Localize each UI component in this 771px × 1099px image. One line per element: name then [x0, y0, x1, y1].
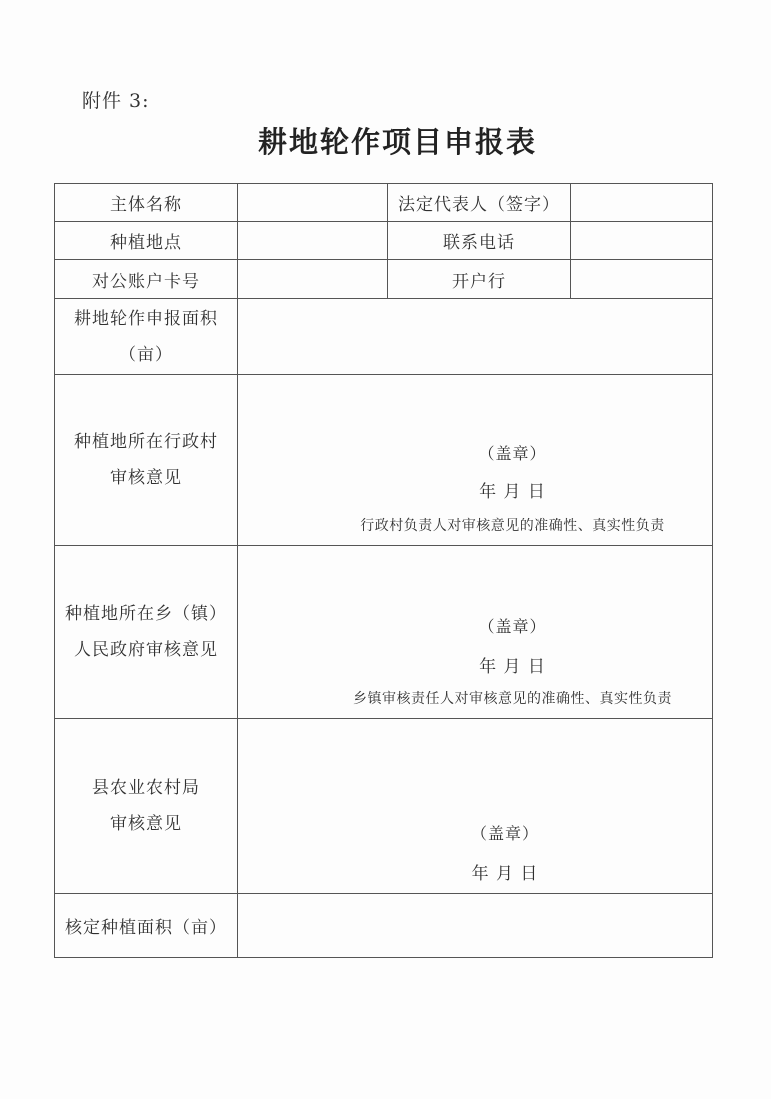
- village-opinion-label-line1: 种植地所在行政村: [55, 424, 237, 460]
- village-opinion-label: 种植地所在行政村 审核意见: [55, 375, 238, 546]
- planting-location-label: 种植地点: [55, 222, 238, 260]
- phone-field[interactable]: [571, 222, 713, 260]
- township-opinion-label-line1: 种植地所在乡（镇）: [55, 596, 237, 632]
- table-row: 种植地所在行政村 审核意见 （盖章） 年 月 日 行政村负责人对审核意见的准确性…: [55, 375, 713, 546]
- planting-location-field[interactable]: [238, 222, 388, 260]
- bank-field[interactable]: [571, 260, 713, 299]
- county-opinion-label: 县农业农村局 审核意见: [55, 719, 238, 894]
- village-date-text: 年 月 日: [238, 477, 712, 502]
- application-form-table: 主体名称 法定代表人（签字） 种植地点 联系电话 对公账户卡号 开户行 耕地轮作…: [54, 183, 713, 958]
- approved-area-field[interactable]: [238, 894, 713, 958]
- county-opinion-label-line1: 县农业农村局: [55, 770, 237, 806]
- table-row: 耕地轮作申报面积 （亩）: [55, 299, 713, 375]
- legal-rep-label: 法定代表人（签字）: [388, 184, 571, 222]
- village-seal-text: （盖章）: [238, 441, 712, 464]
- approved-area-label: 核定种植面积（亩）: [55, 894, 238, 958]
- legal-rep-field[interactable]: [571, 184, 713, 222]
- village-opinion-label-line2: 审核意见: [55, 460, 237, 496]
- table-row: 主体名称 法定代表人（签字）: [55, 184, 713, 222]
- township-seal-text: （盖章）: [238, 614, 712, 637]
- township-date-text: 年 月 日: [238, 652, 712, 677]
- table-row: 县农业农村局 审核意见 （盖章） 年 月 日: [55, 719, 713, 894]
- village-responsibility-note: 行政村负责人对审核意见的准确性、真实性负责: [238, 515, 712, 535]
- table-row: 种植地点 联系电话: [55, 222, 713, 260]
- table-row: 对公账户卡号 开户行: [55, 260, 713, 299]
- page-title: 耕地轮作项目申报表: [0, 120, 771, 161]
- county-opinion-field[interactable]: （盖章） 年 月 日: [238, 719, 713, 894]
- account-number-field[interactable]: [238, 260, 388, 299]
- phone-label: 联系电话: [388, 222, 571, 260]
- township-opinion-field[interactable]: （盖章） 年 月 日 乡镇审核责任人对审核意见的准确性、真实性负责: [238, 546, 713, 719]
- township-opinion-label-line2: 人民政府审核意见: [55, 632, 237, 668]
- declared-area-field[interactable]: [238, 299, 713, 375]
- county-seal-text: （盖章）: [238, 821, 712, 844]
- entity-name-label: 主体名称: [55, 184, 238, 222]
- bank-label: 开户行: [388, 260, 571, 299]
- account-number-label: 对公账户卡号: [55, 260, 238, 299]
- county-date-text: 年 月 日: [238, 859, 712, 884]
- declared-area-label-line1: 耕地轮作申报面积: [55, 301, 237, 337]
- table-row: 种植地所在乡（镇） 人民政府审核意见 （盖章） 年 月 日 乡镇审核责任人对审核…: [55, 546, 713, 719]
- declared-area-label-line2: （亩）: [55, 337, 237, 373]
- county-opinion-label-line2: 审核意见: [55, 806, 237, 842]
- entity-name-field[interactable]: [238, 184, 388, 222]
- township-opinion-label: 种植地所在乡（镇） 人民政府审核意见: [55, 546, 238, 719]
- declared-area-label: 耕地轮作申报面积 （亩）: [55, 299, 238, 375]
- village-opinion-field[interactable]: （盖章） 年 月 日 行政村负责人对审核意见的准确性、真实性负责: [238, 375, 713, 546]
- township-responsibility-note: 乡镇审核责任人对审核意见的准确性、真实性负责: [238, 688, 712, 708]
- table-row: 核定种植面积（亩）: [55, 894, 713, 958]
- attachment-label: 附件 3:: [82, 86, 150, 113]
